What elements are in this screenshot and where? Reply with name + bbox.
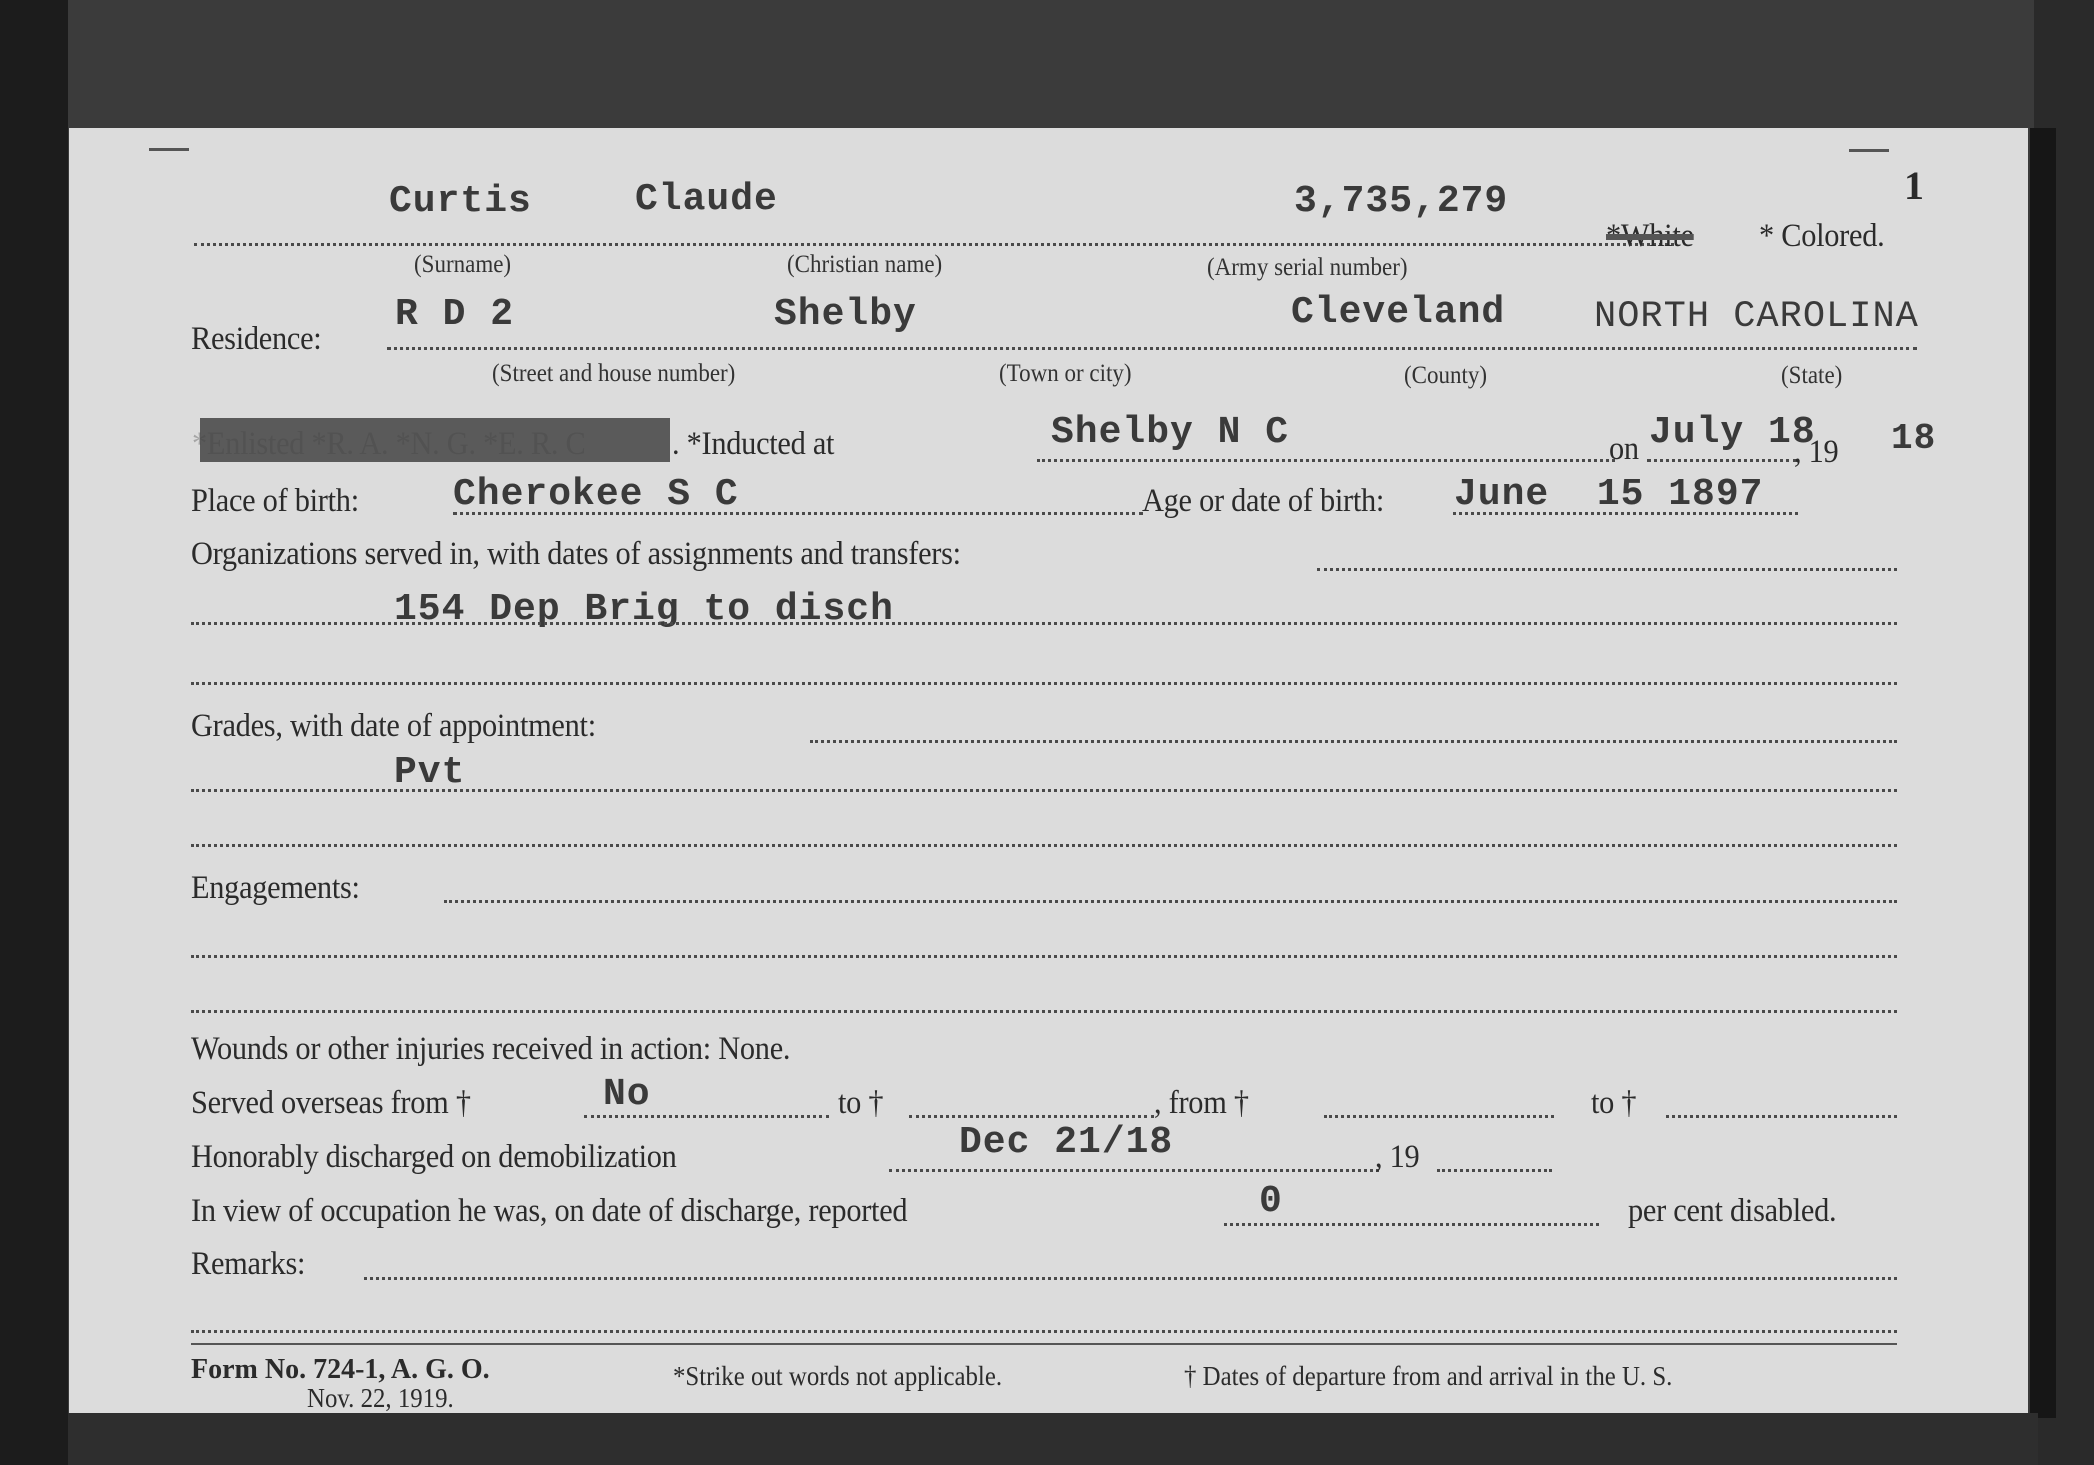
inducted-at-value: Shelby N C: [1051, 411, 1289, 454]
county-value: Cleveland: [1291, 291, 1505, 334]
serial-number-value: 3,735,279: [1294, 180, 1508, 223]
page-number: 1: [1904, 162, 1924, 209]
residence-line: [387, 347, 1917, 350]
organizations-line-2: [191, 622, 1897, 625]
discharge-year-line: [1437, 1169, 1552, 1172]
remarks-label: Remarks:: [191, 1246, 305, 1283]
overseas-to2-line: [1666, 1115, 1897, 1118]
wounds-label: Wounds or other injuries received in act…: [191, 1031, 790, 1068]
scan-border-bottom: [68, 1413, 2038, 1465]
service-record-card: 1 Curtis Claude 3,735,279 *White * Color…: [69, 128, 2028, 1413]
induction-on-label: on: [1609, 431, 1639, 468]
race-option-white: *White: [1606, 218, 1694, 255]
footnote-dates: † Dates of departure from and arrival in…: [1184, 1361, 1672, 1392]
grades-line-2: [191, 789, 1897, 792]
discharge-date-value: Dec 21/18: [959, 1121, 1173, 1164]
overseas-from-value: No: [603, 1073, 651, 1116]
scan-border-right-shadow: [2030, 128, 2056, 1418]
date-of-birth-line: [1453, 512, 1798, 515]
discharge-label: Honorably discharged on demobilization: [191, 1139, 677, 1176]
corner-mark-right: [1849, 149, 1889, 152]
enlistment-options-redacted: *Enlisted *R. A. *N. G. *E. R. C: [192, 426, 585, 463]
town-caption: (Town or city): [999, 360, 1132, 388]
organizations-line-3: [191, 682, 1897, 685]
footer-divider: [191, 1343, 1897, 1345]
discharge-year-label: , 19: [1375, 1139, 1419, 1176]
christian-name-value: Claude: [635, 178, 778, 221]
date-of-birth-label: Age or date of birth:: [1142, 483, 1384, 520]
street-value: R D 2: [395, 293, 514, 336]
state-value: NORTH CAROLINA: [1594, 296, 1919, 338]
engagements-label: Engagements:: [191, 870, 360, 907]
residence-label: Residence:: [191, 321, 321, 358]
form-number: Form No. 724-1, A. G. O.: [191, 1354, 490, 1386]
serial-caption: (Army serial number): [1207, 254, 1408, 282]
induction-year-value: 18: [1891, 418, 1936, 459]
scan-border-left: [0, 0, 68, 1465]
disability-suffix: per cent disabled.: [1628, 1193, 1836, 1230]
remarks-line-2: [191, 1330, 1897, 1333]
disability-value: 0: [1259, 1180, 1283, 1223]
overseas-from-label: Served overseas from †: [191, 1085, 471, 1122]
inducted-at-label: . *Inducted at: [672, 426, 834, 463]
place-of-birth-label: Place of birth:: [191, 483, 359, 520]
name-line: [194, 243, 1674, 246]
remarks-line-1: [364, 1277, 1897, 1280]
race-option-colored: * Colored.: [1759, 218, 1884, 255]
disability-label: In view of occupation he was, on date of…: [191, 1193, 907, 1230]
grades-line-1: [810, 740, 1897, 743]
disability-line: [1224, 1223, 1599, 1226]
induction-date-line: [1647, 459, 1797, 462]
street-caption: (Street and house number): [492, 360, 735, 388]
organizations-line-1: [1317, 568, 1897, 571]
overseas-from-line: [584, 1115, 829, 1118]
overseas-to2-label: to †: [1591, 1085, 1636, 1122]
date-of-birth-value: June 15 1897: [1454, 473, 1763, 516]
engagements-line-1: [444, 900, 1897, 903]
christian-name-caption: (Christian name): [787, 251, 942, 279]
overseas-from2-line: [1324, 1115, 1554, 1118]
overseas-to-line: [909, 1115, 1154, 1118]
place-of-birth-value: Cherokee S C: [453, 473, 739, 516]
engagements-line-2: [191, 955, 1897, 958]
surname-caption: (Surname): [414, 251, 511, 279]
induction-date-value: July 18: [1649, 411, 1816, 454]
county-caption: (County): [1404, 362, 1487, 390]
town-value: Shelby: [774, 293, 917, 336]
organizations-label: Organizations served in, with dates of a…: [191, 536, 961, 573]
engagements-line-3: [191, 1010, 1897, 1013]
grades-line-3: [191, 844, 1897, 847]
discharge-date-line: [889, 1169, 1379, 1172]
induction-year-prefix: , 19: [1794, 434, 1838, 471]
state-caption: (State): [1781, 362, 1842, 390]
overseas-from2-label: , from †: [1154, 1085, 1249, 1122]
corner-mark-left: [149, 148, 189, 151]
form-date: Nov. 22, 1919.: [307, 1383, 454, 1414]
grades-value: Pvt: [394, 751, 465, 794]
grades-label: Grades, with date of appointment:: [191, 708, 596, 745]
place-of-birth-line: [453, 512, 1143, 515]
inducted-at-line: [1037, 459, 1615, 462]
footnote-strike-out: *Strike out words not applicable.: [673, 1361, 1002, 1392]
overseas-to-label: to †: [838, 1085, 883, 1122]
surname-value: Curtis: [389, 180, 532, 223]
